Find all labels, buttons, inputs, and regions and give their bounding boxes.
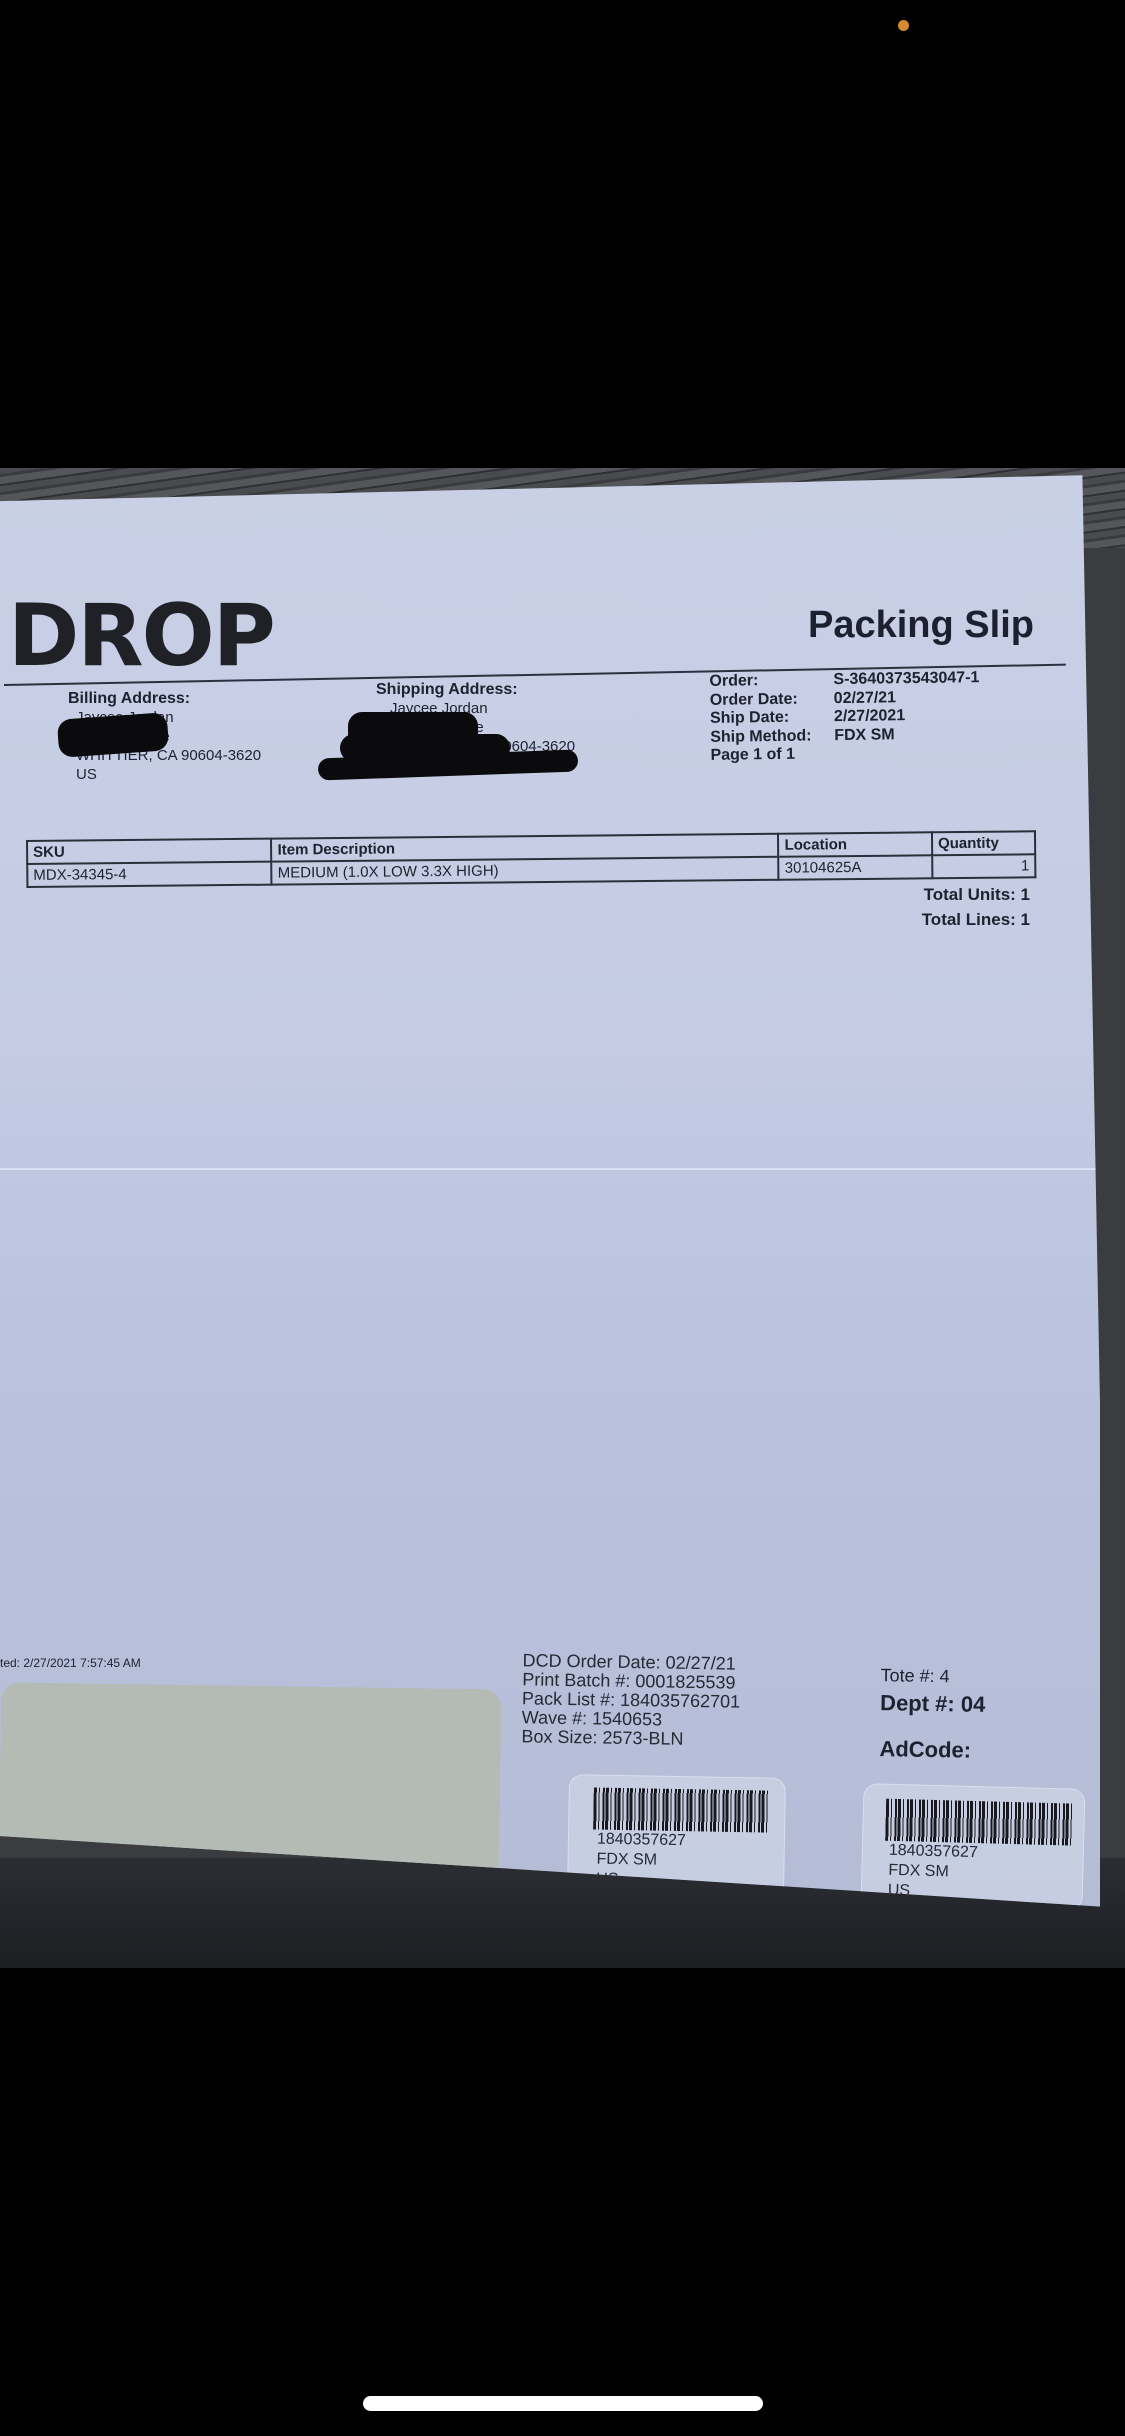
document-title: Packing Slip (808, 604, 1034, 647)
barcode-icon (593, 1788, 769, 1833)
cell-sku: MDX-34345-4 (27, 862, 272, 887)
barcode-icon (885, 1799, 1074, 1846)
page-indicator: Page 1 of 1 (710, 743, 980, 765)
cell-quantity: 1 (932, 854, 1035, 878)
tote-dept-block: Tote #: 4 Dept #: 04 AdCode: (879, 1665, 986, 1764)
home-indicator-bar[interactable] (363, 2396, 763, 2411)
total-lines: Total Lines: 1 (850, 907, 1030, 932)
total-units: Total Units: 1 (850, 882, 1030, 907)
ship-method-value: FDX SM (834, 725, 980, 746)
totals: Total Units: 1 Total Lines: 1 (850, 882, 1030, 932)
items-table: SKU Item Description Location Quantity M… (26, 830, 1036, 888)
billing-heading: Billing Address: (68, 690, 261, 708)
photo-of-packing-slip: DROP Packing Slip Billing Address: Jayce… (0, 468, 1125, 1968)
box-size: Box Size: 2573-BLN (521, 1727, 739, 1749)
printed-timestamp: ted: 2/27/2021 7:57:45 AM (0, 1656, 141, 1670)
cell-location: 30104625A (779, 855, 933, 879)
redaction-mark (57, 712, 169, 758)
envelope-window (0, 1683, 501, 1880)
brand-logo: DROP (8, 586, 274, 686)
column-header-location: Location (778, 832, 932, 856)
ship-date-value: 2/27/2021 (834, 706, 980, 727)
paper-fold-line (0, 1168, 1125, 1170)
order-date-value: 02/27/21 (834, 688, 980, 709)
barcode-method: FDX SM (596, 1850, 783, 1873)
tote-number: Tote #: 4 (880, 1665, 985, 1688)
cell-description: MEDIUM (1.0X LOW 3.3X HIGH) (272, 857, 779, 885)
shipping-label-section: ted: 2/27/2021 7:57:45 AM DCD Order Date… (0, 1656, 1125, 1888)
shipping-heading: Shipping Address: (376, 681, 575, 699)
order-date-label: Order Date: (710, 690, 834, 710)
dept-number: Dept #: 04 (880, 1690, 986, 1718)
packing-slip-paper: DROP Packing Slip Billing Address: Jayce… (0, 468, 1100, 1908)
column-header-quantity: Quantity (932, 831, 1035, 855)
ship-date-label: Ship Date: (710, 708, 834, 728)
order-number: S-3640373543047-1 (833, 669, 979, 690)
camera-in-use-indicator-icon (898, 20, 909, 31)
order-info: Order: S-3640373543047-1 Order Date: 02/… (709, 669, 980, 765)
adcode-label: AdCode: (879, 1736, 985, 1764)
ship-method-label: Ship Method: (710, 727, 834, 747)
column-header-sku: SKU (27, 839, 272, 864)
barcode-tag: 1840357627 FDX SM US (860, 1783, 1085, 1911)
label-info: DCD Order Date: 02/27/21 Print Batch #: … (521, 1651, 741, 1749)
billing-country: US (76, 765, 261, 784)
order-label: Order: (709, 671, 833, 691)
